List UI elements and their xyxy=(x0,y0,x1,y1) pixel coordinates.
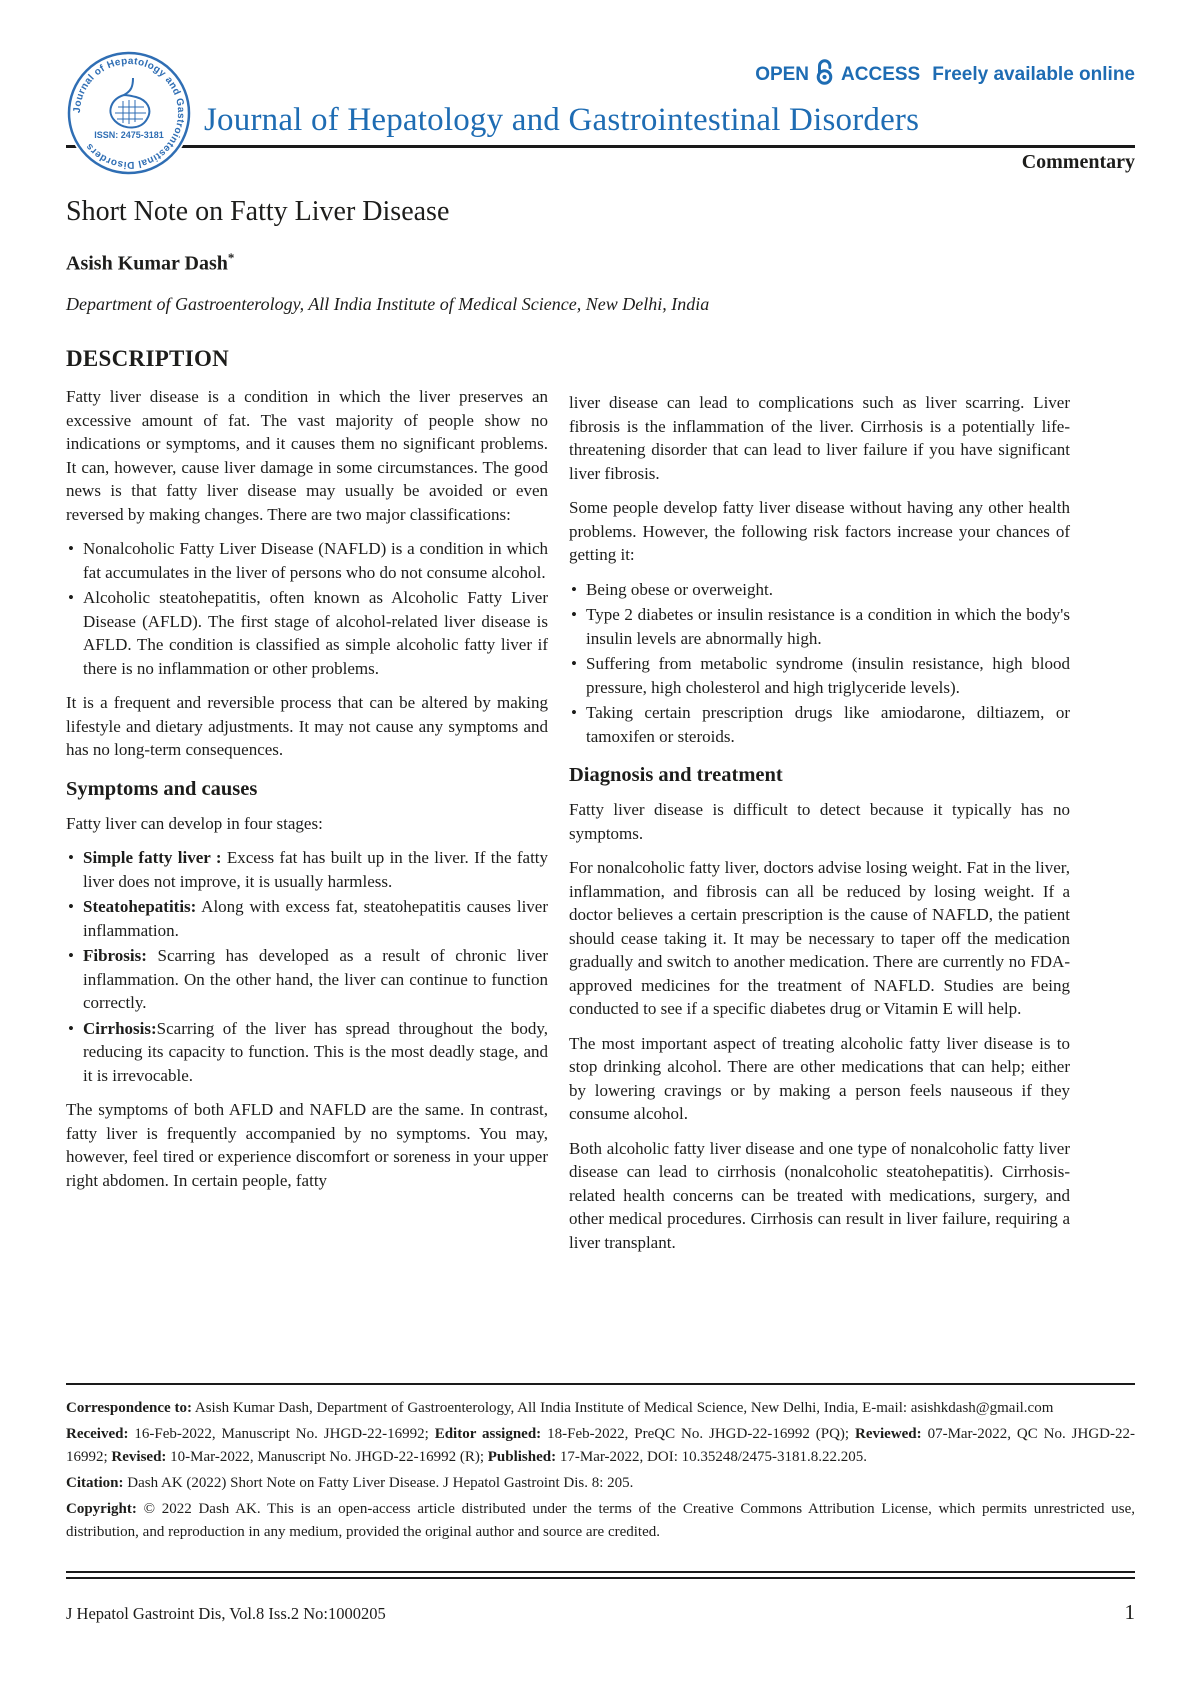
section-heading-symptoms: Symptoms and causes xyxy=(66,778,548,801)
footer-double-rule xyxy=(66,1571,1135,1579)
author-asterisk: * xyxy=(228,250,235,265)
list-item: Fibrosis: Scarring has developed as a re… xyxy=(66,944,548,1015)
complications-paragraph: liver disease can lead to complications … xyxy=(569,391,1070,485)
symptoms-outro: The symptoms of both AFLD and NAFLD are … xyxy=(66,1098,548,1192)
list-item: Alcoholic steatohepatitis, often known a… xyxy=(66,586,548,680)
page-footer: J Hepatol Gastroint Dis, Vol.8 Iss.2 No:… xyxy=(66,1600,1135,1625)
list-item: Nonalcoholic Fatty Liver Disease (NAFLD)… xyxy=(66,537,548,584)
author-name: Asish Kumar Dash xyxy=(66,253,228,275)
journal-footer-reference: J Hepatol Gastroint Dis, Vol.8 Iss.2 No:… xyxy=(66,1604,386,1624)
stage-term: Fibrosis: xyxy=(83,946,147,965)
list-item: Suffering from metabolic syndrome (insul… xyxy=(569,652,1070,699)
page-header: Journal of Hepatology and Gastrointestin… xyxy=(66,50,1135,176)
risk-factors-intro: Some people develop fatty liver disease … xyxy=(569,496,1070,567)
editor-assigned-label: Editor assigned: xyxy=(435,1426,542,1442)
journal-seal-icon: Journal of Hepatology and Gastrointestin… xyxy=(66,50,192,176)
journal-title: Journal of Hepatology and Gastrointestin… xyxy=(204,102,919,139)
left-column: DESCRIPTION Fatty liver disease is a con… xyxy=(66,346,548,1265)
description-paragraph-2: It is a frequent and reversible process … xyxy=(66,691,548,762)
open-access-banner: OPEN ACCESS Freely available online xyxy=(755,58,1135,91)
open-lock-icon xyxy=(814,58,836,91)
imprint-block: Correspondence to: Asish Kumar Dash, Dep… xyxy=(66,1383,1135,1547)
open-access-tagline: Freely available online xyxy=(932,64,1135,86)
journal-logo: Journal of Hepatology and Gastrointestin… xyxy=(66,50,192,176)
received-text: 16-Feb-2022, Manuscript No. JHGD-22-1699… xyxy=(128,1426,434,1442)
symptoms-intro: Fatty liver can develop in four stages: xyxy=(66,812,548,836)
list-item: Steatohepatitis: Along with excess fat, … xyxy=(66,895,548,942)
article-body: DESCRIPTION Fatty liver disease is a con… xyxy=(66,346,1070,1265)
list-item: Being obese or overweight. xyxy=(569,578,1070,602)
list-item: Type 2 diabetes or insulin resistance is… xyxy=(569,603,1070,650)
stage-term: Simple fatty liver : xyxy=(83,848,222,867)
editor-assigned-text: 18-Feb-2022, PreQC No. JHGD-22-16992 (PQ… xyxy=(541,1426,855,1442)
section-heading-description: DESCRIPTION xyxy=(66,346,548,372)
diagnosis-paragraph-4: Both alcoholic fatty liver disease and o… xyxy=(569,1137,1070,1255)
stage-term: Cirrhosis: xyxy=(83,1019,157,1038)
header-rule xyxy=(66,145,1135,148)
revised-label: Revised: xyxy=(111,1449,166,1465)
open-access-open-label: OPEN xyxy=(755,64,809,86)
published-label: Published: xyxy=(488,1449,556,1465)
risk-factors-list: Being obese or overweight. Type 2 diabet… xyxy=(569,578,1070,749)
stage-desc: Scarring has developed as a result of ch… xyxy=(83,946,548,1012)
revised-text: 10-Mar-2022, Manuscript No. JHGD-22-1699… xyxy=(166,1449,487,1465)
stage-term: Steatohepatitis: xyxy=(83,897,196,916)
stages-list: Simple fatty liver : Excess fat has buil… xyxy=(66,846,548,1087)
list-item: Cirrhosis:Scarring of the liver has spre… xyxy=(66,1017,548,1088)
journal-article-page: Journal of Hepatology and Gastrointestin… xyxy=(0,0,1200,1697)
citation-label: Citation: xyxy=(66,1475,124,1491)
author-affiliation: Department of Gastroenterology, All Indi… xyxy=(66,294,709,315)
copyright-line: Copyright: © 2022 Dash AK. This is an op… xyxy=(66,1498,1135,1544)
dates-line: Received: 16-Feb-2022, Manuscript No. JH… xyxy=(66,1423,1135,1469)
article-type-label: Commentary xyxy=(1022,151,1135,174)
copyright-text: © 2022 Dash AK. This is an open-access a… xyxy=(66,1501,1135,1540)
copyright-label: Copyright: xyxy=(66,1501,137,1517)
page-number: 1 xyxy=(1125,1600,1136,1625)
author-line: Asish Kumar Dash* xyxy=(66,250,234,276)
correspondence-label: Correspondence to: xyxy=(66,1400,192,1416)
published-text: 17-Mar-2022, DOI: 10.35248/2475-3181.8.2… xyxy=(556,1449,867,1465)
classification-list: Nonalcoholic Fatty Liver Disease (NAFLD)… xyxy=(66,537,548,680)
citation-line: Citation: Dash AK (2022) Short Note on F… xyxy=(66,1472,1135,1495)
right-column: liver disease can lead to complications … xyxy=(569,346,1070,1265)
correspondence-line: Correspondence to: Asish Kumar Dash, Dep… xyxy=(66,1397,1135,1420)
list-item: Simple fatty liver : Excess fat has buil… xyxy=(66,846,548,893)
diagnosis-paragraph-1: Fatty liver disease is difficult to dete… xyxy=(569,798,1070,845)
logo-issn-text: ISSN: 2475-3181 xyxy=(94,130,164,140)
received-label: Received: xyxy=(66,1426,128,1442)
diagnosis-paragraph-3: The most important aspect of treating al… xyxy=(569,1032,1070,1126)
correspondence-text: Asish Kumar Dash, Department of Gastroen… xyxy=(192,1400,1053,1416)
list-item: Taking certain prescription drugs like a… xyxy=(569,701,1070,748)
open-access-access-label: ACCESS xyxy=(841,64,920,86)
citation-text: Dash AK (2022) Short Note on Fatty Liver… xyxy=(124,1475,634,1491)
description-paragraph-1: Fatty liver disease is a condition in wh… xyxy=(66,385,548,526)
article-title: Short Note on Fatty Liver Disease xyxy=(66,196,449,228)
section-heading-diagnosis: Diagnosis and treatment xyxy=(569,764,1070,787)
diagnosis-paragraph-2: For nonalcoholic fatty liver, doctors ad… xyxy=(569,856,1070,1021)
reviewed-label: Reviewed: xyxy=(855,1426,922,1442)
